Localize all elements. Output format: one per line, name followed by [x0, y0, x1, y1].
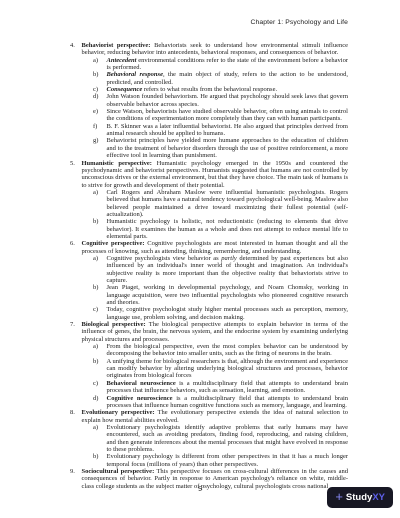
item-body: Evolutionary perspective: The evolutiona… — [82, 409, 349, 468]
subitem-text: A unifying theme for biological research… — [107, 358, 349, 380]
sub-list-item: e)Since Watson, behaviorists have studie… — [93, 108, 348, 123]
document-body: 4.Behaviorist perspective: Behaviorists … — [70, 42, 348, 490]
subitem-letter: a) — [93, 57, 107, 72]
item-number: 5. — [70, 160, 82, 241]
text-segment: Jean Piaget, working in developmental ps… — [107, 284, 349, 306]
subitem-letter: b) — [93, 71, 107, 86]
text-segment: Consequence — [107, 86, 143, 93]
text-segment: Cognitive perspective: — [82, 240, 145, 247]
item-text: Evolutionary perspective: The evolutiona… — [82, 409, 349, 424]
text-segment: Carl Rogers and Abraham Maslow were infl… — [107, 189, 349, 218]
subitem-text: Carl Rogers and Abraham Maslow were infl… — [107, 189, 349, 218]
subitem-letter: e) — [93, 108, 107, 123]
subitem-letter: b) — [93, 358, 107, 380]
logo-text: Study — [346, 492, 372, 503]
subitem-text: B. F. Skinner was a later influential be… — [107, 123, 349, 138]
subitem-text: Jean Piaget, working in developmental ps… — [107, 284, 349, 306]
sub-list-item: f)B. F. Skinner was a later influential … — [93, 123, 348, 138]
subitem-text: Antecedent environmental conditions refe… — [107, 57, 349, 72]
list-item: 7.Biological perspective: The biological… — [70, 321, 348, 409]
subitem-letter: b) — [93, 284, 107, 306]
plus-icon: + — [335, 490, 343, 503]
subitem-letter: d) — [93, 93, 107, 108]
sub-list-item: b)Behavioral response, the main object o… — [93, 71, 348, 86]
text-segment: Evolutionary psychology is different fro… — [107, 453, 349, 467]
sub-list-item: c)Behavioral neuroscience is a multidisc… — [93, 380, 348, 395]
subitem-text: Behaviorist principles have yielded more… — [107, 137, 349, 159]
text-segment: refers to what results from the behavior… — [142, 86, 277, 93]
list-item: 8.Evolutionary perspective: The evolutio… — [70, 409, 348, 468]
subitem-text: Since Watson, behaviorists have studied … — [107, 108, 349, 123]
text-segment: Sociocultural perspective: — [82, 468, 155, 475]
sub-list-item: a)Cognitive psychologists view behavior … — [93, 255, 348, 284]
sub-list-item: b)Jean Piaget, working in developmental … — [93, 284, 348, 306]
text-segment: Evolutionary psychologists identify adap… — [107, 424, 349, 453]
sub-list-item: b)A unifying theme for biological resear… — [93, 358, 348, 380]
text-segment: From the biological perspective, even th… — [107, 343, 349, 357]
subitem-letter: c) — [93, 86, 107, 93]
sub-list-item: b)Humanistic psychology is holistic, not… — [93, 218, 348, 240]
subitem-text: Humanistic psychology is holistic, not r… — [107, 218, 349, 240]
text-segment: Behaviorist perspective: — [82, 42, 151, 49]
item-number: 6. — [70, 240, 82, 321]
subitem-text: John Watson founded behaviorism. He argu… — [107, 93, 349, 108]
text-segment: Since Watson, behaviorists have studied … — [107, 108, 349, 122]
chapter-header: Chapter 1: Psychology and Life — [251, 19, 348, 26]
subitem-text: Evolutionary psychology is different fro… — [107, 453, 349, 468]
sub-list-item: a)Carl Rogers and Abraham Maslow were in… — [93, 189, 348, 218]
text-segment: Today, cognitive psychologist study high… — [107, 306, 349, 320]
sub-list-item: c)Consequence refers to what results fro… — [93, 86, 348, 93]
text-segment: partly — [221, 255, 237, 262]
sub-list-item: a)From the biological perspective, even … — [93, 343, 348, 358]
subitem-text: Cognitive psychologists view behavior as… — [107, 255, 349, 284]
studyxy-logo: + StudyXY — [327, 487, 393, 508]
subitem-text: Cognitive neuroscience is a multidiscipl… — [107, 395, 349, 410]
sub-list-item: b)Evolutionary psychology is different f… — [93, 453, 348, 468]
subitem-letter: g) — [93, 137, 107, 159]
text-segment: Humanistic perspective: — [82, 160, 152, 167]
text-segment: B. F. Skinner was a later influential be… — [107, 123, 349, 137]
item-text: Biological perspective: The biological p… — [82, 321, 349, 343]
item-text: Behaviorist perspective: Behaviorists se… — [82, 42, 349, 57]
text-segment: Biological perspective: — [82, 321, 146, 328]
subitem-letter: d) — [93, 395, 107, 410]
logo-text-accent: XY — [372, 492, 385, 503]
sub-list-item: a)Evolutionary psychologists identify ad… — [93, 424, 348, 453]
text-segment: Cognitive neuroscience — [107, 395, 173, 402]
subitem-letter: c) — [93, 380, 107, 395]
sub-list-item: d)Cognitive neuroscience is a multidisci… — [93, 395, 348, 410]
text-segment: Behavioral response — [107, 71, 163, 78]
text-segment: environmental conditions refer to the st… — [107, 57, 349, 71]
sub-list-item: a)Antecedent environmental conditions re… — [93, 57, 348, 72]
subitem-letter: a) — [93, 255, 107, 284]
sub-list-item: g)Behaviorist principles have yielded mo… — [93, 137, 348, 159]
subitem-text: From the biological perspective, even th… — [107, 343, 349, 358]
subitem-letter: c) — [93, 306, 107, 321]
item-text: Cognitive perspective: Cognitive psychol… — [82, 240, 349, 255]
item-number: 7. — [70, 321, 82, 409]
item-text: Humanistic perspective: Humanistic psych… — [82, 160, 349, 189]
text-segment: John Watson founded behaviorism. He argu… — [107, 93, 349, 107]
item-body: Behaviorist perspective: Behaviorists se… — [82, 42, 349, 160]
item-number: 8. — [70, 409, 82, 468]
text-segment: Behaviorist principles have yielded more… — [107, 137, 349, 159]
list-item: 5.Humanistic perspective: Humanistic psy… — [70, 160, 348, 241]
sub-list-item: d)John Watson founded behaviorism. He ar… — [93, 93, 348, 108]
list-item: 6.Cognitive perspective: Cognitive psych… — [70, 240, 348, 321]
subitem-letter: b) — [93, 218, 107, 240]
subitem-text: Consequence refers to what results from … — [107, 86, 349, 93]
subitem-text: Today, cognitive psychologist study high… — [107, 306, 349, 321]
list-item: 4.Behaviorist perspective: Behaviorists … — [70, 42, 348, 160]
text-segment: A unifying theme for biological research… — [107, 358, 349, 380]
text-segment: Evolutionary perspective: — [82, 409, 155, 416]
subitem-letter: a) — [93, 189, 107, 218]
item-body: Biological perspective: The biological p… — [82, 321, 349, 409]
subitem-text: Behavioral response, the main object of … — [107, 71, 349, 86]
subitem-letter: a) — [93, 424, 107, 453]
text-segment: Antecedent — [107, 57, 137, 64]
item-body: Humanistic perspective: Humanistic psych… — [82, 160, 349, 241]
sub-list-item: c)Today, cognitive psychologist study hi… — [93, 306, 348, 321]
subitem-letter: b) — [93, 453, 107, 468]
item-body: Cognitive perspective: Cognitive psychol… — [82, 240, 349, 321]
item-number: 4. — [70, 42, 82, 160]
subitem-text: Behavioral neuroscience is a multidiscip… — [107, 380, 349, 395]
subitem-letter: f) — [93, 123, 107, 138]
text-segment: Behavioral neuroscience — [107, 380, 176, 387]
text-segment: Cognitive psychologists view behavior as — [107, 255, 222, 262]
subitem-text: Evolutionary psychologists identify adap… — [107, 424, 349, 453]
text-segment: Humanistic psychology is holistic, not r… — [107, 218, 349, 240]
subitem-letter: a) — [93, 343, 107, 358]
